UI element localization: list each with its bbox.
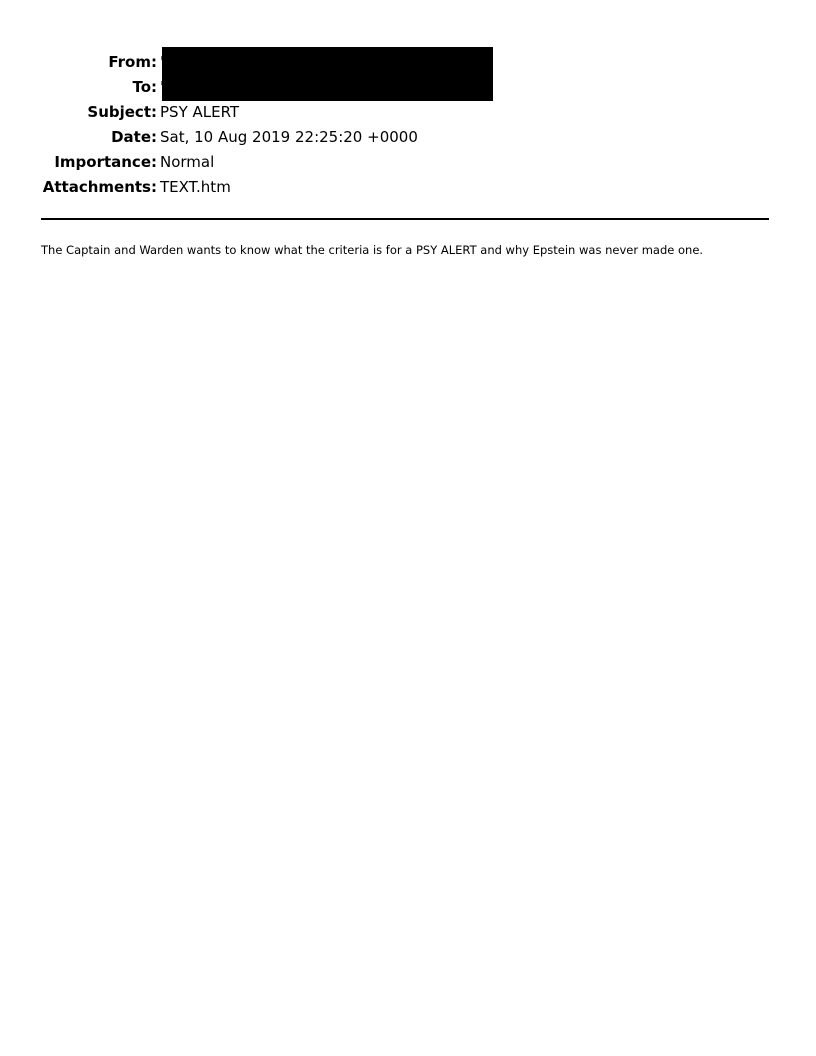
header-row-importance: Importance: Normal [0,150,816,175]
header-row-subject: Subject: PSY ALERT [0,100,816,125]
header-row-date: Date: Sat, 10 Aug 2019 22:25:20 +0000 [0,125,816,150]
redaction-block [162,47,493,101]
header-divider [41,218,769,220]
date-value: Sat, 10 Aug 2019 22:25:20 +0000 [160,125,418,150]
date-label: Date: [111,125,157,150]
email-body: The Captain and Warden wants to know wha… [41,242,703,258]
subject-label: Subject: [87,100,157,125]
attachments-label: Attachments: [43,175,157,200]
subject-value: PSY ALERT [160,100,239,125]
header-row-attachments: Attachments: TEXT.htm [0,175,816,200]
importance-label: Importance: [54,150,157,175]
attachment-link[interactable]: TEXT.htm [160,175,231,200]
from-label: From: [108,50,157,75]
to-label: To: [132,75,157,100]
importance-value: Normal [160,150,214,175]
